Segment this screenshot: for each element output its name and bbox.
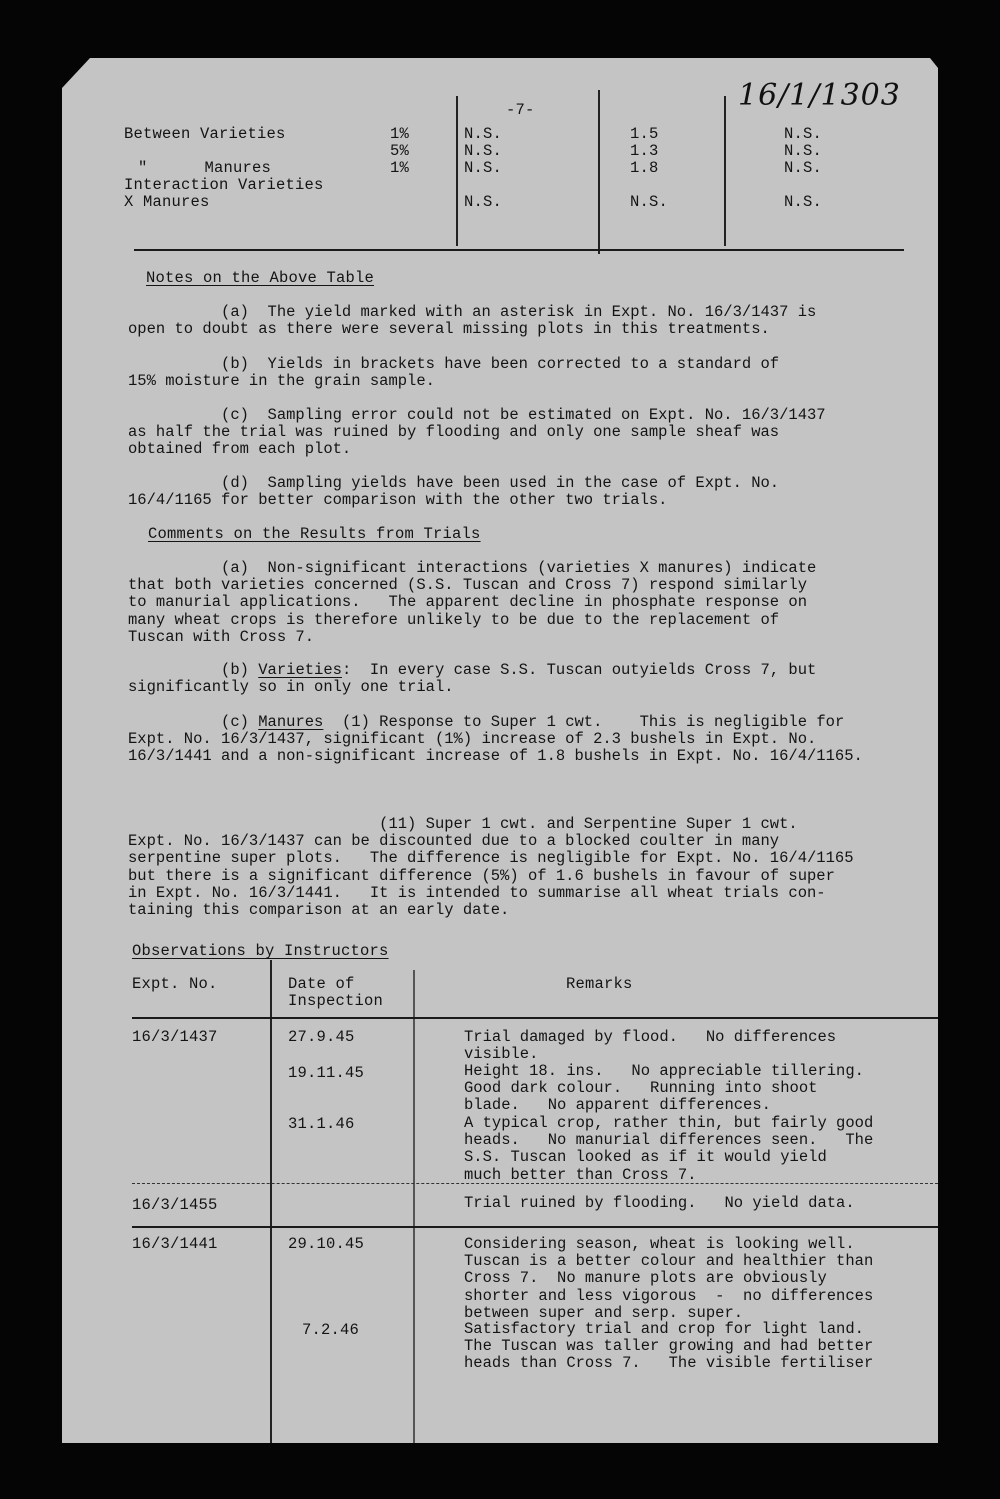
- comments-heading: Comments on the Results from Trials: [148, 526, 481, 543]
- column-header-date: Date of Inspection: [288, 976, 383, 1010]
- comment-b: (b) Varieties: In every case S.S. Tuscan…: [128, 662, 816, 696]
- row-label: " Manures: [138, 160, 271, 177]
- table-cell: 1.8: [630, 160, 659, 177]
- notes-heading: Notes on the Above Table: [146, 270, 374, 287]
- table-cell: N.S.: [784, 126, 822, 143]
- comment-c-label: Manures: [258, 713, 323, 731]
- table-cell: N.S.: [784, 160, 822, 177]
- inspection-date: 29.10.45: [288, 1236, 364, 1253]
- comment-c-ii: (11) Super 1 cwt. and Serpentine Super 1…: [128, 816, 854, 919]
- table-cell: N.S.: [784, 143, 822, 160]
- table-cell: N.S.: [464, 126, 502, 143]
- remark: Trial damaged by flood. No differences v…: [464, 1029, 836, 1063]
- table-cell: N.S.: [464, 143, 502, 160]
- note-d: (d) Sampling yields have been used in th…: [128, 475, 779, 509]
- inspection-date: 27.9.45: [288, 1029, 355, 1046]
- column-divider: [598, 90, 600, 254]
- expt-number: 16/3/1441: [132, 1236, 218, 1253]
- row-label: Interaction Varieties: [124, 177, 324, 194]
- comment-c-prefix: (c): [128, 713, 258, 731]
- remark: Considering season, wheat is looking wel…: [464, 1236, 873, 1322]
- inspection-date: 19.11.45: [288, 1065, 364, 1082]
- significance-level: 1%: [390, 126, 409, 143]
- row-divider: [132, 1226, 938, 1228]
- observations-heading: Observations by Instructors: [132, 943, 389, 960]
- table-cell: N.S.: [464, 194, 502, 211]
- remark: Height 18. ins. No appreciable tillering…: [464, 1063, 864, 1115]
- table-cell: N.S.: [784, 194, 822, 211]
- column-divider: [270, 960, 272, 1443]
- column-header-expt: Expt. No.: [132, 976, 218, 993]
- note-a: (a) The yield marked with an asterisk in…: [128, 304, 816, 338]
- table-cell: N.S.: [464, 160, 502, 177]
- remark: Trial ruined by flooding. No yield data.: [464, 1195, 855, 1212]
- inspection-date: 31.1.46: [288, 1116, 355, 1133]
- inspection-date: 7.2.46: [302, 1322, 359, 1339]
- row-divider: [132, 1183, 938, 1184]
- document-page: 16/1/1303 -7- Between Varieties 1% N.S. …: [62, 58, 938, 1443]
- handwritten-reference: 16/1/1303: [738, 78, 901, 113]
- column-divider: [724, 96, 726, 246]
- significance-level: 5%: [390, 143, 409, 160]
- significance-level: 1%: [390, 160, 409, 177]
- column-divider: [413, 970, 415, 1443]
- comment-b-prefix: (b): [128, 661, 258, 679]
- comment-a: (a) Non-significant interactions (variet…: [128, 560, 816, 646]
- note-c: (c) Sampling error could not be estimate…: [128, 407, 826, 459]
- table-cell: 1.3: [630, 143, 659, 160]
- table-cell: 1.5: [630, 126, 659, 143]
- column-divider: [456, 96, 458, 246]
- expt-number: 16/3/1455: [132, 1197, 218, 1214]
- row-label: X Manures: [124, 194, 210, 211]
- remark: A typical crop, rather thin, but fairly …: [464, 1115, 873, 1184]
- header-rule: [132, 1017, 938, 1019]
- expt-number: 16/3/1437: [132, 1029, 218, 1046]
- column-header-remarks: Remarks: [566, 976, 633, 993]
- remark: Satisfactory trial and crop for light la…: [464, 1321, 873, 1373]
- table-bottom-rule: [134, 249, 904, 251]
- table-cell: N.S.: [630, 194, 668, 211]
- note-b: (b) Yields in brackets have been correct…: [128, 356, 779, 390]
- comment-b-label: Varieties: [258, 661, 342, 679]
- comment-c: (c) Manures (1) Response to Super 1 cwt.…: [128, 714, 863, 766]
- page-number: -7-: [506, 102, 535, 119]
- row-label: Between Varieties: [124, 126, 286, 143]
